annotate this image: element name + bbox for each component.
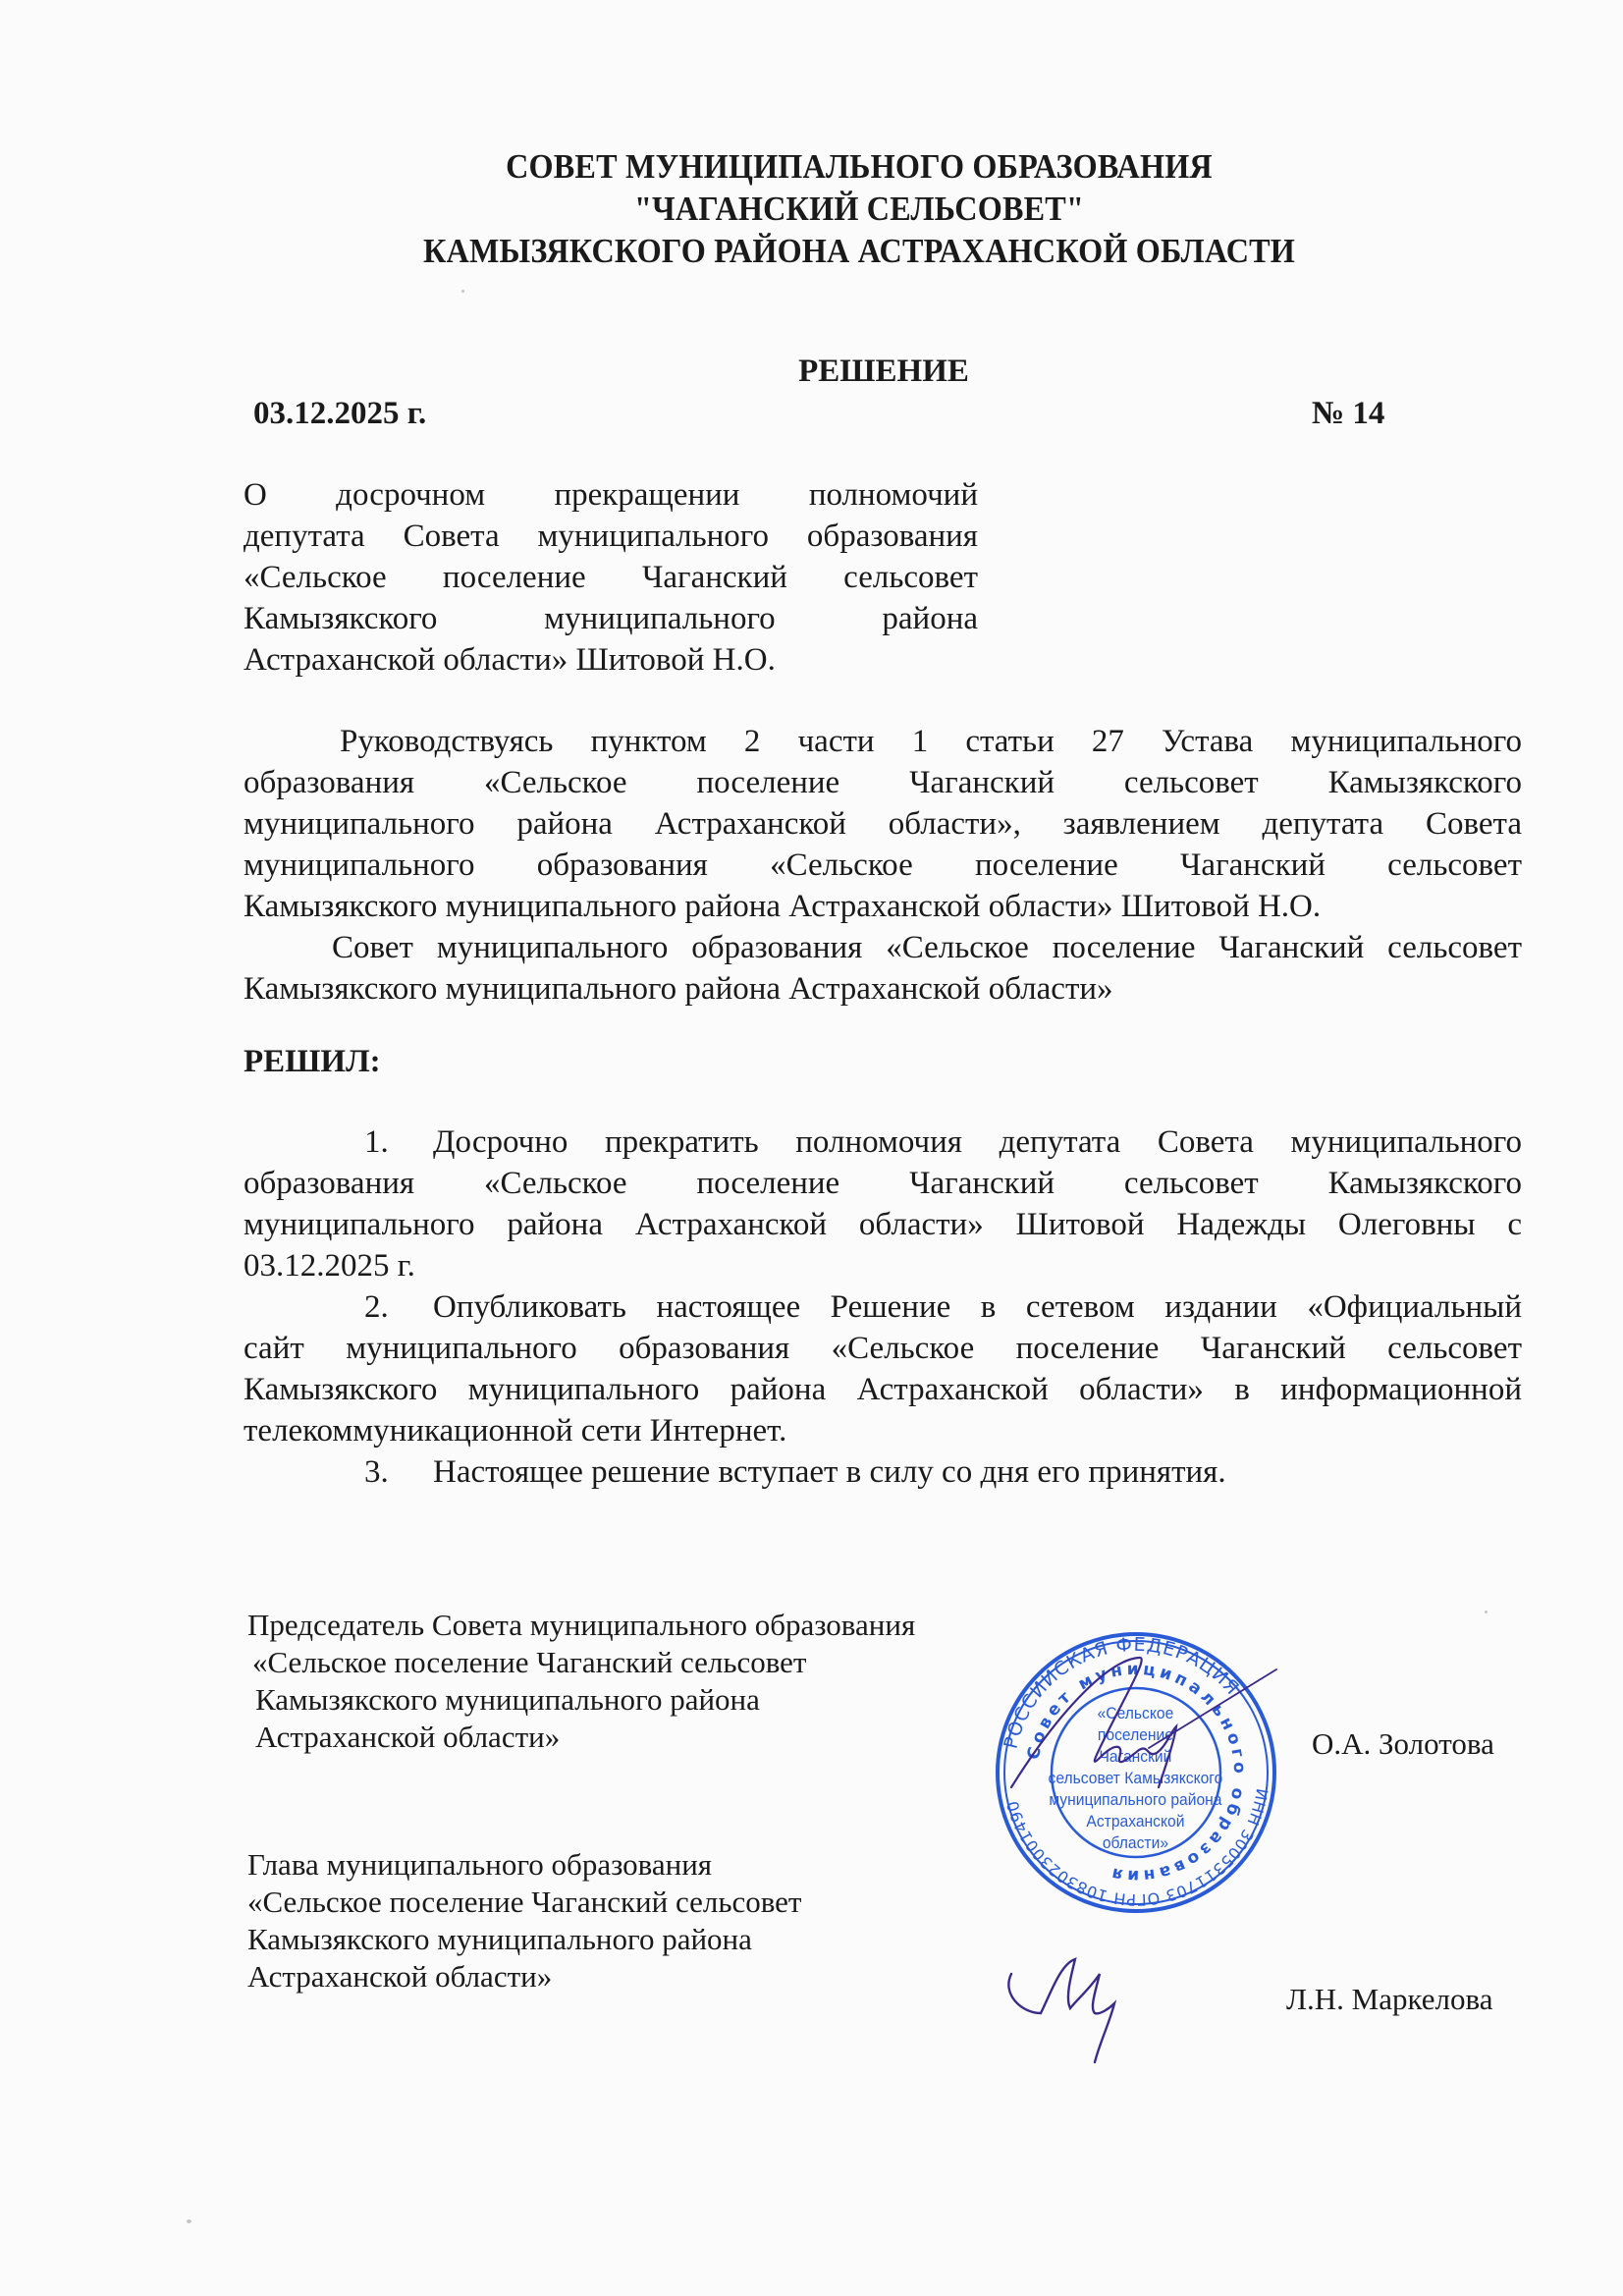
preamble-line: образования «Сельское поселение Чагански…: [243, 762, 1522, 803]
subject-line: Камызякского муниципального района: [243, 598, 978, 639]
document-subject: О досрочном прекращении полномочий депут…: [243, 474, 978, 681]
head-signature-block: Глава муниципального образования «Сельск…: [247, 1846, 801, 1995]
item-line: телекоммуникационной сети Интернет.: [243, 1410, 1522, 1451]
preamble-line: Совет муниципального образования «Сельск…: [243, 927, 1522, 968]
chair-title-line: Камызякского муниципального района: [247, 1681, 915, 1719]
item-line: муниципального района Астраханской облас…: [243, 1204, 1522, 1245]
chair-title-line: Астраханской области»: [247, 1719, 915, 1756]
chair-title-line: «Сельское поселение Чаганский сельсовет: [247, 1644, 915, 1681]
header-line-2: "ЧАГАНСКИЙ СЕЛЬСОВЕТ": [340, 188, 1379, 230]
document-number: № 14: [1312, 396, 1384, 432]
scan-speck: [187, 2219, 191, 2223]
header-line-3: КАМЫЗЯКСКОГО РАЙОНА АСТРАХАНСКОЙ ОБЛАСТИ: [340, 230, 1379, 272]
head-title-line: Камызякского муниципального района: [247, 1921, 801, 1958]
item-line: образования «Сельское поселение Чагански…: [243, 1163, 1522, 1204]
subject-line: О досрочном прекращении полномочий: [243, 474, 978, 516]
item-text: Настоящее решение вступает в силу со дня…: [433, 1454, 1226, 1490]
preamble-line: муниципального образования «Сельское пос…: [243, 845, 1522, 886]
head-title-line: Астраханской области»: [247, 1958, 801, 1995]
preamble-line: Руководствуясь пунктом 2 части 1 статьи …: [243, 721, 1522, 762]
preamble: Руководствуясь пунктом 2 части 1 статьи …: [243, 721, 1522, 1010]
chair-signature-block: Председатель Совета муниципального образ…: [247, 1607, 915, 1756]
document-date: 03.12.2025 г.: [253, 396, 426, 432]
stamp-inner-line: Астраханской: [1086, 1812, 1184, 1831]
scan-speck: [461, 290, 464, 293]
chair-handwritten-signature-icon: [1001, 1650, 1286, 1797]
subject-line: «Сельское поселение Чаганский сельсовет: [243, 557, 978, 598]
item-line: 03.12.2025 г.: [243, 1245, 1522, 1286]
item-line: сайт муниципального образования «Сельско…: [243, 1328, 1522, 1369]
item-text: Досрочно прекратить полномочия депутата …: [433, 1124, 1522, 1160]
preamble-line: Камызякского муниципального района Астра…: [243, 968, 1522, 1010]
resolution-item-2: 2.Опубликовать настоящее Решение в сетев…: [243, 1286, 1522, 1328]
resolved-label: РЕШИЛ:: [243, 1044, 381, 1080]
council-header: СОВЕТ МУНИЦИПАЛЬНОГО ОБРАЗОВАНИЯ "ЧАГАНС…: [340, 145, 1379, 272]
resolution-items: 1.Досрочно прекратить полномочия депутат…: [243, 1121, 1522, 1493]
document-page: СОВЕТ МУНИЦИПАЛЬНОГО ОБРАЗОВАНИЯ "ЧАГАНС…: [0, 0, 1623, 2296]
resolution-item-1: 1.Досрочно прекратить полномочия депутат…: [243, 1121, 1522, 1163]
chair-name: О.А. Золотова: [1312, 1726, 1494, 1762]
document-type-title: РЕШЕНИЕ: [687, 354, 1080, 390]
preamble-line: муниципального района Астраханской облас…: [243, 803, 1522, 845]
item-number: 3.: [364, 1451, 433, 1493]
head-title-line: «Сельское поселение Чаганский сельсовет: [247, 1884, 801, 1921]
item-number: 2.: [364, 1286, 433, 1328]
item-line: Камызякского муниципального района Астра…: [243, 1369, 1522, 1410]
head-name: Л.Н. Маркелова: [1286, 1982, 1493, 2017]
item-text: Опубликовать настоящее Решение в сетевом…: [433, 1289, 1522, 1325]
preamble-line: Камызякского муниципального района Астра…: [243, 886, 1522, 927]
header-line-1: СОВЕТ МУНИЦИПАЛЬНОГО ОБРАЗОВАНИЯ: [340, 145, 1379, 188]
stamp-inner-line: области»: [1103, 1833, 1168, 1852]
resolution-item-3: 3.Настоящее решение вступает в силу со д…: [243, 1451, 1522, 1493]
subject-line: депутата Совета муниципального образован…: [243, 516, 978, 557]
item-number: 1.: [364, 1121, 433, 1163]
head-handwritten-signature-icon: [1001, 1954, 1119, 2072]
scan-speck: [1485, 1611, 1488, 1613]
subject-line: Астраханской области» Шитовой Н.О.: [243, 639, 978, 681]
chair-title-line: Председатель Совета муниципального образ…: [247, 1607, 915, 1644]
head-title-line: Глава муниципального образования: [247, 1846, 801, 1884]
